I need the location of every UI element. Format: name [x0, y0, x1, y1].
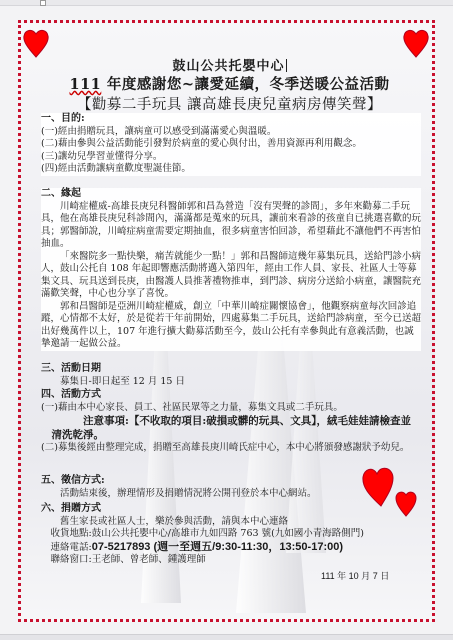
note-text: 注意事項:【不收取的項目:破損或髒的玩具、文具】，絨毛娃娃請檢查並清洗乾淨。 [41, 414, 421, 442]
section-heading: 三、活動日期 [41, 363, 421, 376]
heart-icon [23, 28, 49, 58]
section-purpose: 一、目的: (一)經由捐贈玩具，讓病童可以感受到滿滿愛心與溫暖。 (二)藉由參與… [41, 113, 421, 176]
list-item: (一)經由捐贈玩具，讓病童可以感受到滿滿愛心與溫暖。 [41, 126, 421, 139]
phone-number: 07-5217893 (週一至週五/9:30-11:30，13:50-17:00… [92, 541, 343, 553]
section-method: 四、活動方式 (一)藉由本中心家長、員工、社區民眾等之力量，募集文具或二手玩具。… [41, 389, 421, 455]
section-heading: 二、緣起 [41, 188, 421, 201]
event-title: 111 年度感謝您~讓愛延續，冬季送暖公益活動 [21, 73, 435, 94]
event-subtitle: 【勸募二手玩具 讓高雄長庚兒童病房傳笑聲】 [21, 93, 435, 114]
section-info: 五、徵信方式: 活動結束後，辦理情形及捐贈情況將公開刊登於本中心網站。 [41, 475, 421, 500]
section-date: 三、活動日期 募集日-即日起至 12 月 15 日 [41, 363, 421, 388]
list-item: (二)募集後經由整理完成，捐贈至高雄長庚川崎氏症中心，本中心將頒發感謝狀予幼兒。 [41, 442, 421, 455]
list-item: (四)經由活動讓病童歡度聖誕佳節。 [41, 163, 421, 176]
window-top-bar [0, 0, 453, 6]
org-title: 鼓山公共托嬰中心 [21, 55, 435, 74]
list-item: (一)藉由本中心家長、員工、社區民眾等之力量，募集文具或二手玩具。 [41, 402, 421, 415]
paragraph: 川崎症權威-高雄長庚兒科醫師郭和昌為營造「沒有哭聲的診間」，多年來勸募二手玩具，… [41, 201, 421, 251]
section-origin: 二、緣起 川崎症權威-高雄長庚兒科醫師郭和昌為營造「沒有哭聲的診間」，多年來勸募… [41, 188, 421, 351]
paragraph: 「來醫院多一點快樂，痛苦就能少一點！」郭和昌醫師這幾年募集玩具，送給門診小病人，… [41, 251, 421, 301]
text-cursor [286, 59, 287, 72]
donation-intro: 舊生家長或社區人士，樂於參與活動，請與本中心連絡 [41, 516, 421, 529]
info-text: 活動結束後，辦理情形及捐贈情況將公開刊登於本中心網站。 [41, 488, 421, 501]
delivery-address: 收貨地點:鼓山公共托嬰中心/高雄市九如四路 763 號(九如國小青海路側門) [41, 528, 421, 541]
issue-date: 111 年 10 月 7 日 [321, 569, 389, 582]
section-heading: 一、目的: [41, 113, 421, 126]
section-heading: 四、活動方式 [41, 389, 421, 402]
list-item: (三)讓幼兒學習並懂得分享。 [41, 151, 421, 164]
section-heading: 六、捐贈方式 [41, 503, 421, 516]
phone-line: 連絡電話:07-5217893 (週一至週五/9:30-11:30，13:50-… [41, 541, 421, 555]
heart-icon [403, 28, 429, 58]
contact-persons: 聯絡窗口:王老師、曾老師、鍾護理師 [41, 554, 421, 567]
section-heading: 五、徵信方式: [41, 475, 421, 488]
list-item: (二)藉由參與公益活動能引發對於病童的愛心與付出，善用資源再利用觀念。 [41, 138, 421, 151]
date-range: 募集日-即日起至 12 月 15 日 [41, 376, 421, 389]
ruler-marker [40, 0, 46, 6]
paragraph: 郭和昌醫師是亞洲川崎症權威，創立「中華川崎症關懷協會」，他觀察病童每次回診追蹤，… [41, 301, 421, 351]
window-bottom-bar [0, 634, 453, 640]
document-page: 鼓山公共托嬰中心 111 年度感謝您~讓愛延續，冬季送暖公益活動 【勸募二手玩具… [18, 20, 435, 622]
section-donation: 六、捐贈方式 舊生家長或社區人士，樂於參與活動，請與本中心連絡 收貨地點:鼓山公… [41, 503, 421, 567]
